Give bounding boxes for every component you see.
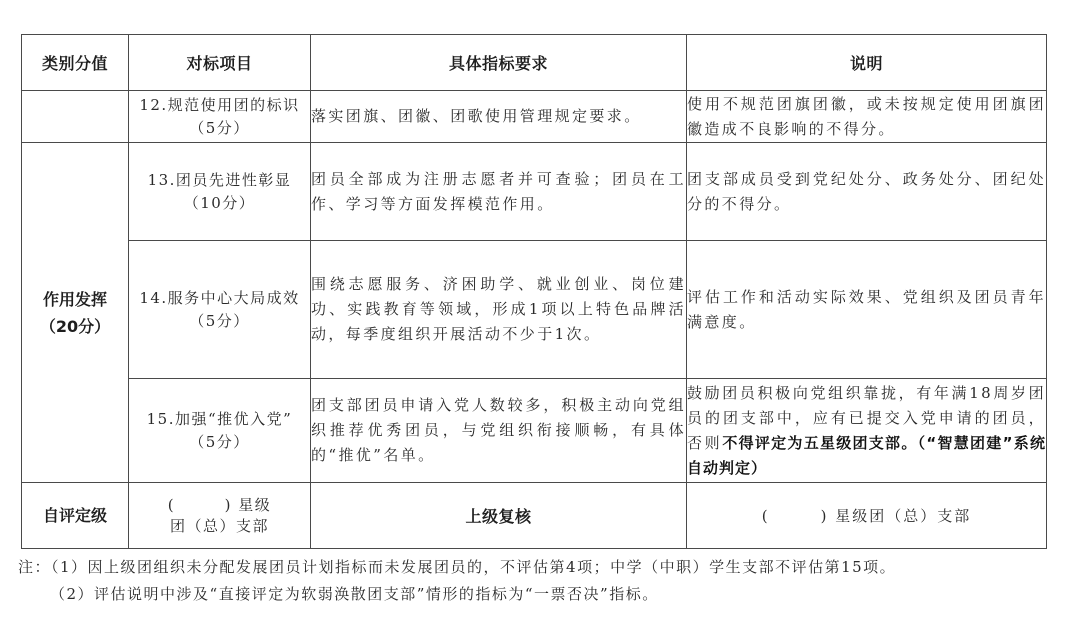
item-score: （5分） — [129, 310, 310, 333]
header-category-score: 类别分值 — [22, 35, 129, 91]
requirement-cell: 团支部团员申请入党人数较多，积极主动向党组织推荐优秀团员，与党组织衔接顺畅，有具… — [311, 379, 687, 483]
note-bold-text: 不得评定为五星级团支部。（“智慧团建”系统自动判定） — [687, 434, 1046, 477]
header-benchmark-item: 对标项目 — [129, 35, 311, 91]
table-row: 作用发挥 （20分） 13.团员先进性彰显 （10分） 团员全部成为注册志愿者并… — [22, 143, 1047, 241]
self-rating-star-level: ( ) 星级 — [129, 495, 310, 516]
requirement-cell: 落实团旗、团徽、团歌使用管理规定要求。 — [311, 91, 687, 143]
category-score: （20分） — [22, 313, 128, 340]
table-header-row: 类别分值 对标项目 具体指标要求 说明 — [22, 35, 1047, 91]
superior-review-rating: ( ) 星级团（总）支部 — [687, 483, 1047, 549]
note-cell: 鼓励团员积极向党组织靠拢，有年满18周岁团员的团支部中，应有已提交入党申请的团员… — [687, 379, 1047, 483]
category-title: 作用发挥 — [22, 286, 128, 313]
footnotes: 注：（1）因上级团组织未分配发展团员计划指标而未发展团员的，不评估第4项；中学（… — [18, 554, 1068, 608]
self-rating-row: 自评定级 ( ) 星级 团（总）支部 上级复核 ( ) 星级团（总）支部 — [22, 483, 1047, 549]
item-cell: 13.团员先进性彰显 （10分） — [129, 143, 311, 241]
table-row: 15.加强“推优入党” （5分） 团支部团员申请入党人数较多，积极主动向党组织推… — [22, 379, 1047, 483]
self-rating-branch: 团（总）支部 — [129, 516, 310, 537]
requirement-cell: 围绕志愿服务、济困助学、就业创业、岗位建功、实践教育等领域，形成1项以上特色品牌… — [311, 241, 687, 379]
header-specific-requirements: 具体指标要求 — [311, 35, 687, 91]
item-title: 14.服务中心大局成效 — [129, 287, 310, 310]
category-cell-role-play: 作用发挥 （20分） — [22, 143, 129, 483]
header-explanation: 说明 — [687, 35, 1047, 91]
item-title: 12.规范使用团的标识 — [129, 94, 310, 117]
evaluation-table: 类别分值 对标项目 具体指标要求 说明 12.规范使用团的标识 （5分） 落实团… — [21, 34, 1047, 549]
note-cell: 使用不规范团旗团徽，或未按规定使用团旗团徽造成不良影响的不得分。 — [687, 91, 1047, 143]
footnote-2: （2）评估说明中涉及“直接评定为软弱涣散团支部”情形的指标为“一票否决”指标。 — [18, 581, 1068, 608]
self-rating-label: 自评定级 — [22, 483, 129, 549]
category-cell-empty — [22, 91, 129, 143]
footnote-1: 注：（1）因上级团组织未分配发展团员计划指标而未发展团员的，不评估第4项；中学（… — [18, 554, 1068, 581]
requirement-cell: 团员全部成为注册志愿者并可查验；团员在工作、学习等方面发挥模范作用。 — [311, 143, 687, 241]
item-cell: 14.服务中心大局成效 （5分） — [129, 241, 311, 379]
note-cell: 团支部成员受到党纪处分、政务处分、团纪处分的不得分。 — [687, 143, 1047, 241]
superior-review-label: 上级复核 — [311, 483, 687, 549]
document-page: 类别分值 对标项目 具体指标要求 说明 12.规范使用团的标识 （5分） 落实团… — [0, 0, 1080, 622]
item-title: 15.加强“推优入党” — [129, 408, 310, 431]
item-title: 13.团员先进性彰显 — [129, 169, 310, 192]
item-cell: 15.加强“推优入党” （5分） — [129, 379, 311, 483]
item-score: （10分） — [129, 192, 310, 215]
note-cell: 评估工作和活动实际效果、党组织及团员青年满意度。 — [687, 241, 1047, 379]
self-rating-field: ( ) 星级 团（总）支部 — [129, 483, 311, 549]
table-row: 14.服务中心大局成效 （5分） 围绕志愿服务、济困助学、就业创业、岗位建功、实… — [22, 241, 1047, 379]
item-score: （5分） — [129, 431, 310, 454]
table-row: 12.规范使用团的标识 （5分） 落实团旗、团徽、团歌使用管理规定要求。 使用不… — [22, 91, 1047, 143]
item-cell: 12.规范使用团的标识 （5分） — [129, 91, 311, 143]
item-score: （5分） — [129, 117, 310, 140]
